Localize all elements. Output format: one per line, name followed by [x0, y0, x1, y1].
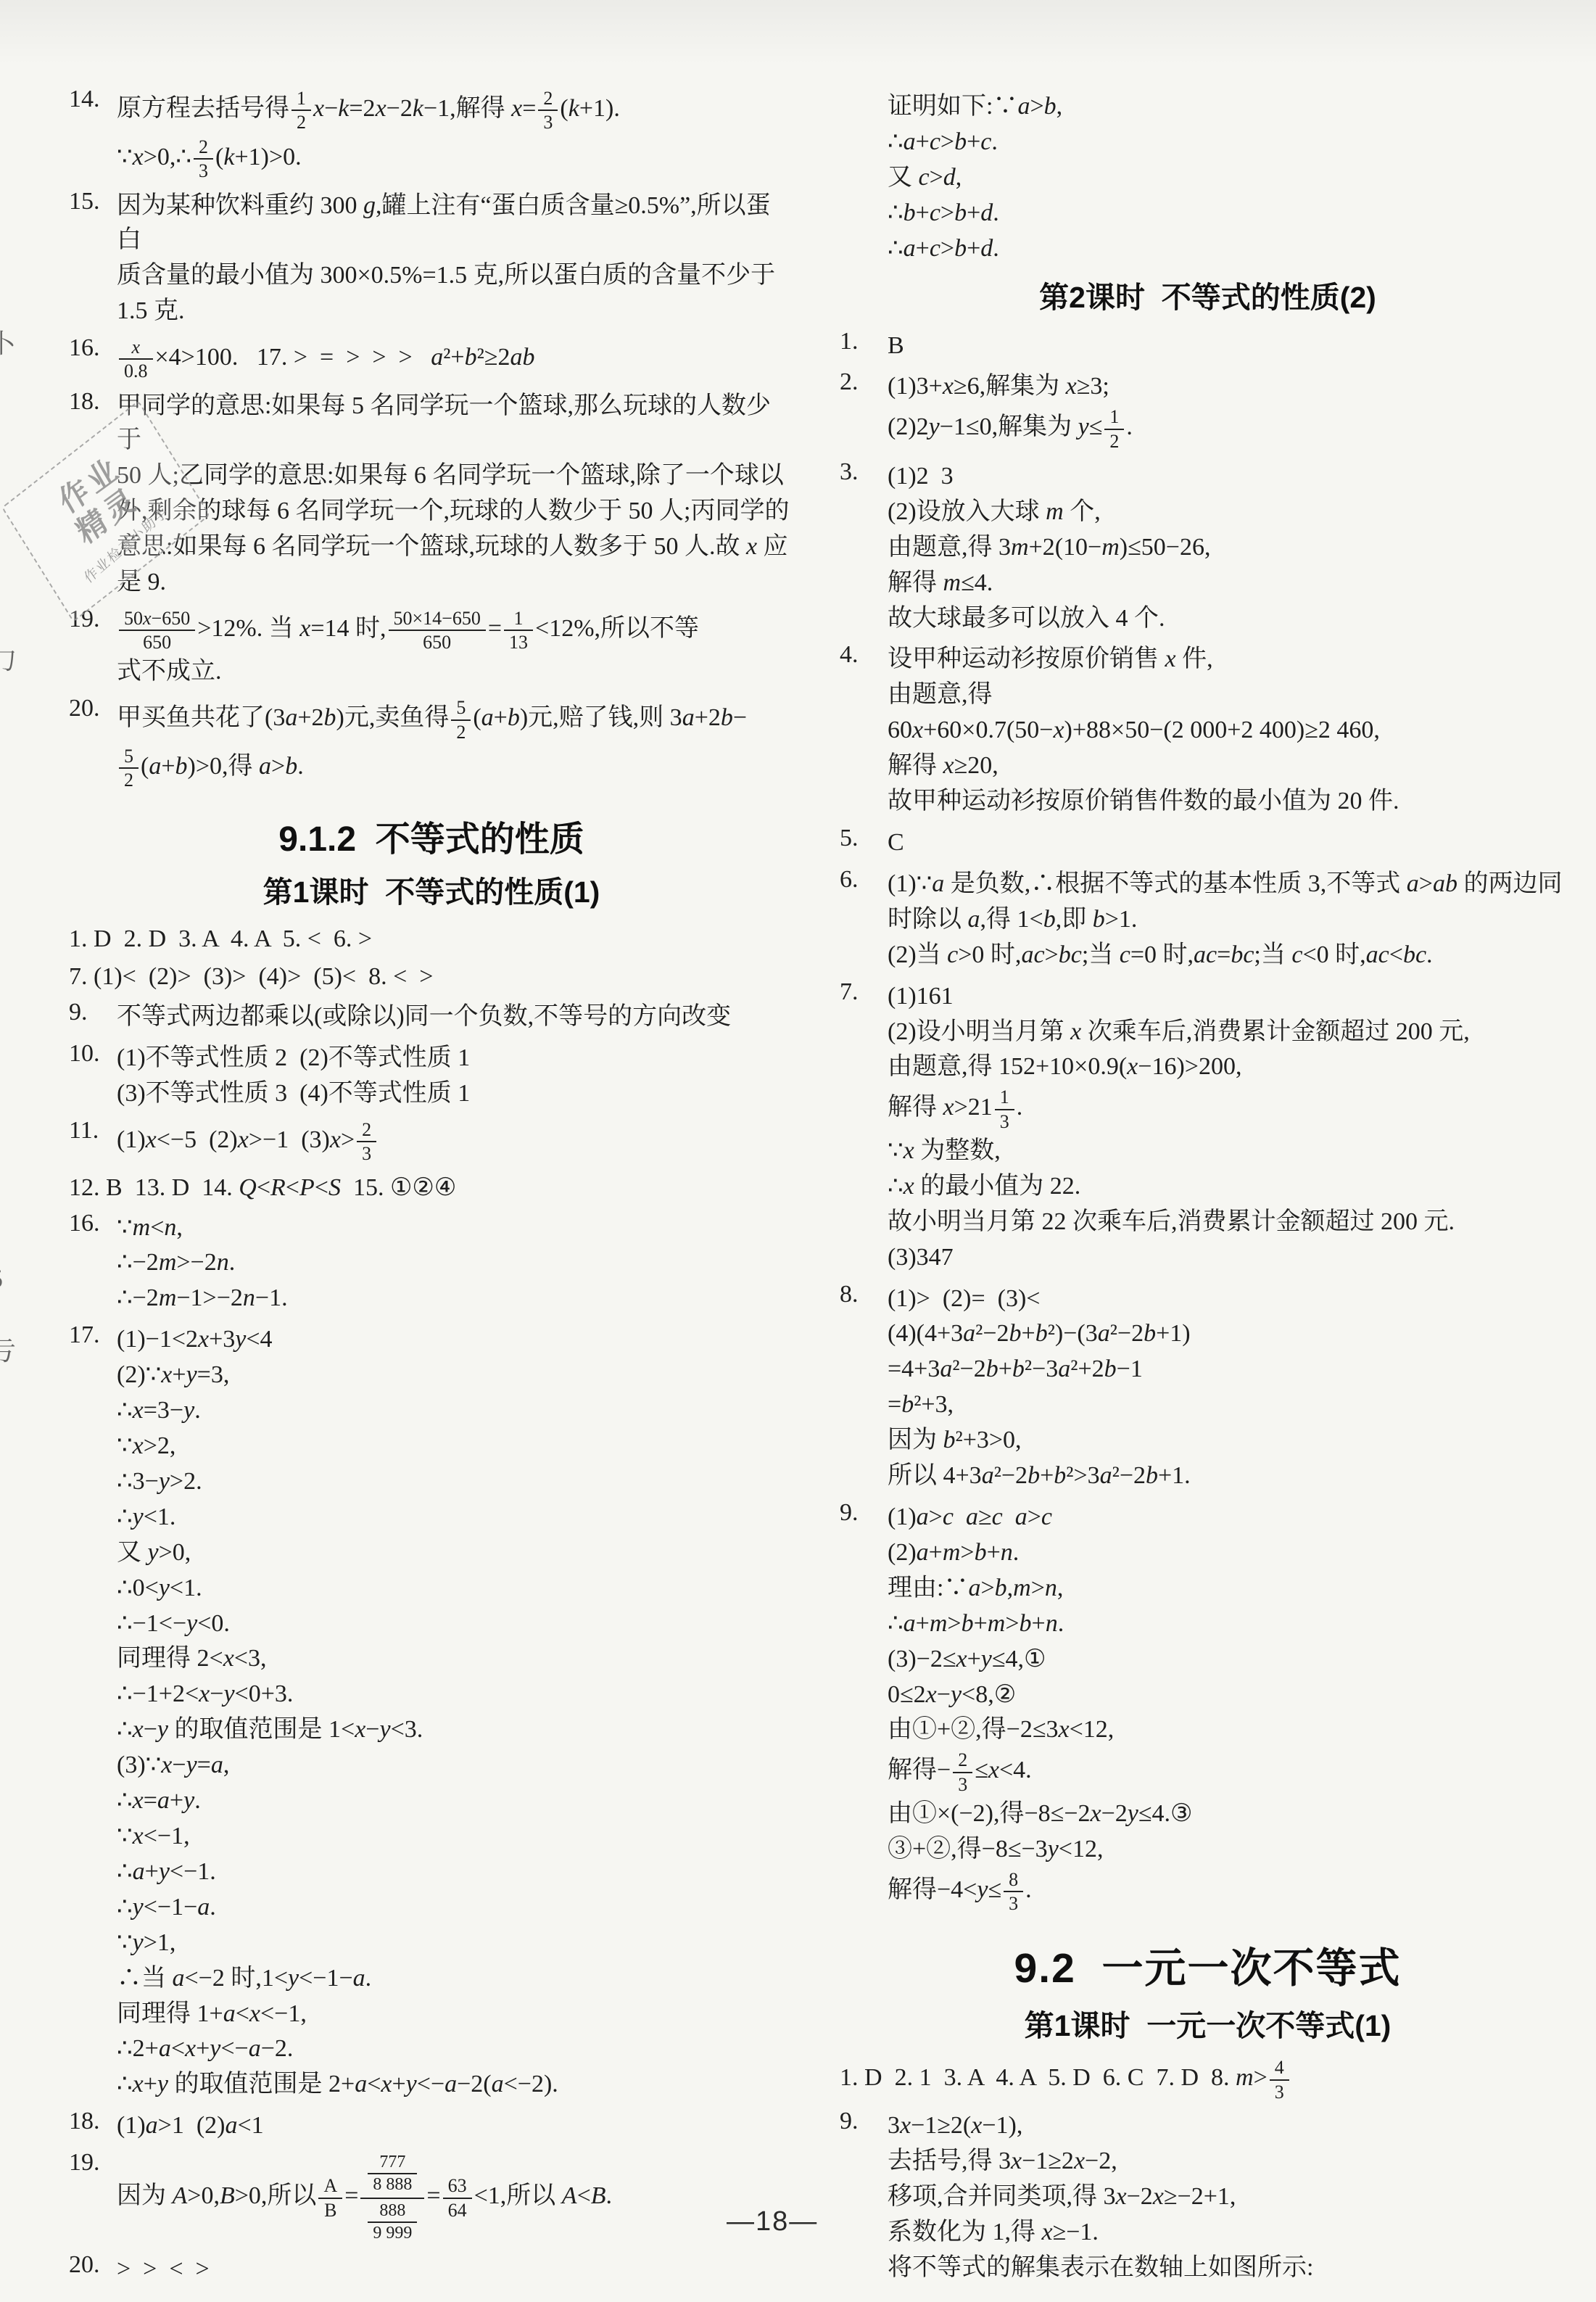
math-variable: x	[133, 1716, 144, 1743]
math-variable: n	[164, 1214, 176, 1241]
math-variable: b	[1012, 1356, 1025, 1382]
answer-line: 甲同学的意思:如果每 5 名同学玩一个篮球,那么玩球的人数少于	[117, 389, 794, 458]
answer-line: 系数化为 1,得 x≥−1.	[888, 2216, 1576, 2250]
answer-item: 16.x0.8×4>100. 17. > = > > > a²+b²≥2ab	[69, 334, 794, 384]
answer-item: 8.(1)> (2)= (3)<(4)(4+3a²−2b+b²)−(3a²−2b…	[840, 1281, 1576, 1495]
answer-line: 移项,合并同类项,得 3x−2x≥−2+1,	[888, 2180, 1576, 2214]
math-variable: b	[995, 1575, 1007, 1601]
math-variable: x	[376, 95, 386, 122]
math-variable: x	[926, 1681, 937, 1708]
math-variable: x	[511, 95, 522, 122]
answer-item: 14.原方程去括号得12x−k=2x−2k−1,解得 x=23(k+1).∵x>…	[69, 86, 794, 183]
math-variable: c	[930, 128, 940, 155]
item-number: 18.	[69, 388, 117, 416]
fraction: 113	[504, 608, 533, 653]
answer-line: ∵x<−1,	[117, 1820, 794, 1854]
fraction: AB	[318, 2176, 342, 2220]
answer-item: 19.因为 A>0,B>0,所以AB=7778 8888889 999=6364…	[69, 2149, 794, 2247]
answer-line: ∵m<n,	[117, 1211, 794, 1245]
answer-line: 0≤2x−y<8,②	[888, 1678, 1576, 1712]
answer-line: =4+3a²−2b+b²−3a²+2b−1	[888, 1353, 1576, 1387]
answer-item: 19.50x−650650>12%. 当 x=14 时,50×14−650650…	[69, 606, 794, 691]
math-variable: y	[288, 1965, 299, 1992]
math-variable: a	[682, 704, 695, 731]
item-number: 16.	[69, 1210, 117, 1237]
item-number: 17.	[69, 1321, 117, 1349]
item-number: 18.	[69, 2108, 117, 2135]
math-variable: x	[299, 615, 310, 642]
answer-item: 9.(1)a>c a≥c a>c(2)a+m>b+n.理由:∵a>b,m>n,∴…	[840, 1499, 1576, 1916]
math-variable: x	[131, 337, 140, 358]
math-variable: x	[161, 1752, 172, 1778]
math-variable: x	[1066, 373, 1077, 400]
answer-line: 时除以 a,得 1<b,即 b>1.	[888, 903, 1576, 937]
answer-line: ∴−1<−y<0.	[117, 1607, 794, 1641]
answer-line: 又 c>d,	[888, 161, 1576, 195]
math-variable: b	[1146, 1462, 1158, 1489]
math-variable: x	[249, 2000, 260, 2027]
answer-line: 所以 4+3a²−2b+b²>3a²−2b+1.	[888, 1459, 1576, 1493]
math-variable: x	[1091, 1800, 1101, 1827]
answer-row: 7. (1)< (2)> (3)> (4)> (5)< 8. < >	[69, 960, 794, 994]
math-variable: y	[133, 1929, 144, 1956]
fraction: 23	[538, 88, 558, 133]
math-variable: n	[1001, 1539, 1013, 1566]
answer-row: 1. D 2. D 3. A 4. A 5. < 6. >	[69, 923, 794, 957]
math-variable: x	[143, 608, 152, 629]
answer-line: 理由:∵a>b,m>n,	[888, 1572, 1576, 1606]
continued-solution: 证明如下:∵a>b,∴a+c>b+c.又 c>d,∴b+c>b+d.∴a+c>b…	[840, 90, 1576, 266]
answer-line: ∴x=3−y.	[117, 1394, 794, 1428]
math-variable: b	[1104, 1356, 1117, 1382]
answer-line: 因为 b²+3>0,	[888, 1424, 1576, 1458]
math-variable: x	[133, 2071, 144, 2097]
answer-line: (2)∵x+y=3,	[117, 1358, 794, 1393]
answer-item: 20.甲买鱼共花了(3a+2b)元,卖鱼得52(a+b)元,赔了钱,则 3a+2…	[69, 695, 794, 793]
math-variable: ab	[510, 344, 534, 371]
answer-line: ∴0<y<1.	[117, 1572, 794, 1606]
answer-line: 去括号,得 3x−1≥2x−2,	[888, 2145, 1576, 2179]
math-variable: a	[917, 1539, 929, 1566]
math-variable: b	[285, 753, 297, 780]
math-variable: b	[1028, 1462, 1040, 1489]
answer-line: ∴b+c>b+d.	[888, 197, 1576, 231]
math-variable: g	[363, 192, 376, 219]
math-variable: a	[1100, 1462, 1112, 1489]
answer-line: 1. D 2. D 3. A 4. A 5. < 6. >	[69, 923, 794, 957]
answer-line: ③+②,得−8≤−3y<12,	[888, 1833, 1576, 1867]
math-variable: d	[943, 164, 956, 191]
answer-line: 由题意,得	[888, 678, 1576, 712]
math-variable: y	[223, 1680, 234, 1707]
answer-line: ∴y<−1−a.	[117, 1891, 794, 1925]
answer-line: x0.8×4>100. 17. > = > > > a²+b²≥2ab	[117, 336, 794, 383]
math-variable: n	[243, 1284, 255, 1311]
answer-line: ∴x=a+y.	[117, 1784, 794, 1818]
math-variable: y	[157, 2071, 168, 2097]
math-variable: b	[904, 199, 916, 226]
answer-line: > > < >	[117, 2253, 794, 2287]
math-variable: k	[568, 95, 579, 122]
item-number: 11.	[69, 1117, 117, 1144]
answer-line: 解得 m≤4.	[888, 566, 1576, 601]
math-variable: a	[940, 1356, 952, 1382]
math-variable: x	[198, 1326, 209, 1353]
answer-line: ∵x>0,∴23(k+1)>0.	[117, 136, 794, 183]
answer-line: 原方程去括号得12x−k=2x−2k−1,解得 x=23(k+1).	[117, 87, 794, 134]
math-variable: c	[919, 164, 930, 191]
item-number: 10.	[69, 1040, 117, 1068]
answer-line: 故大球最多可以放入 4 个.	[888, 602, 1576, 636]
math-variable: b	[954, 235, 967, 262]
fraction: 7778 888	[368, 2153, 417, 2194]
answer-line: 同理得 2<x<3,	[117, 1642, 794, 1676]
answer-line: 故小明当月第 22 次乘车后,消费累计金额超过 200 元.	[888, 1205, 1576, 1239]
item-number: 4.	[840, 641, 888, 669]
math-variable: y	[929, 413, 940, 440]
item-number: 7.	[840, 978, 888, 1006]
math-variable: bc	[1231, 941, 1254, 968]
answer-line: ∴y<1.	[117, 1501, 794, 1535]
item-number: 19.	[69, 2149, 117, 2177]
item-number: 8.	[840, 1281, 888, 1308]
math-variable: b	[954, 128, 967, 155]
answer-line: 意思:如果每 6 名同学玩一个篮球,玩球的人数多于 50 人.故 x 应	[117, 530, 794, 564]
answer-line: ∴a+c>b+d.	[888, 232, 1576, 266]
section-heading: 9.1.2 不等式的性质	[69, 811, 794, 861]
math-variable: a	[211, 1752, 223, 1778]
answer-line: (1)a>c a≥c a>c	[888, 1501, 1576, 1535]
item-number: 2.	[840, 368, 888, 396]
math-variable: b	[962, 1610, 974, 1637]
math-variable: x	[313, 95, 324, 122]
answer-line: 1.5 克.	[117, 294, 794, 329]
item-number: 6.	[840, 866, 888, 894]
math-variable: n	[217, 1249, 229, 1276]
math-variable: a	[159, 2035, 171, 2062]
math-variable: a	[1098, 1320, 1110, 1347]
math-variable: ac	[1021, 941, 1044, 968]
math-variable: d	[980, 235, 993, 262]
math-variable: b	[1054, 1462, 1066, 1489]
math-variable: a	[904, 1610, 916, 1637]
math-variable: x	[1059, 1716, 1070, 1743]
math-variable: x	[133, 1787, 144, 1814]
math-variable: k	[223, 144, 234, 170]
math-variable: y	[951, 1681, 962, 1708]
math-variable: a	[353, 1965, 365, 1992]
math-variable: x	[330, 1126, 341, 1153]
math-variable: a	[982, 1462, 994, 1489]
math-variable: a	[1407, 870, 1419, 897]
fraction: 12	[292, 88, 311, 133]
answer-line: ∴−1+2<x−y<0+3.	[117, 1678, 794, 1712]
math-variable: x	[238, 1126, 249, 1153]
math-variable: x	[943, 752, 954, 779]
math-variable: x	[1127, 1053, 1138, 1080]
math-variable: R	[270, 1174, 286, 1201]
math-variable: b	[901, 1391, 914, 1418]
answer-line: =b²+3,	[888, 1388, 1576, 1422]
fraction: 52	[119, 746, 138, 791]
item-number: 15.	[69, 188, 117, 215]
math-variable: x	[956, 1646, 967, 1672]
answer-line: (1)不等式性质 2 (2)不等式性质 1	[117, 1041, 794, 1076]
math-variable: ab	[1433, 870, 1458, 897]
math-variable: a	[157, 1787, 170, 1814]
math-variable: y	[1078, 413, 1089, 440]
math-variable: a	[904, 235, 916, 262]
answer-line: ∴a+y<−1.	[117, 1855, 794, 1889]
math-variable: a	[932, 870, 944, 897]
math-variable: y	[159, 1858, 170, 1885]
math-variable: x	[1011, 2148, 1022, 2174]
math-variable: x	[355, 1716, 365, 1743]
math-variable: b	[1044, 93, 1057, 120]
math-variable: b	[1144, 1320, 1156, 1347]
answer-line: 由①+②,得−2≤3x<12,	[888, 1713, 1576, 1747]
answer-line: (1)∵a 是负数,∴根据不等式的基本性质 3,不等式 a>ab 的两边同	[888, 867, 1576, 902]
math-variable: a	[133, 1858, 145, 1885]
answer-line: C	[888, 826, 1576, 860]
math-variable: x	[900, 2112, 911, 2139]
answer-line: 52(a+b)>0,得 a>b.	[117, 745, 794, 792]
math-variable: x	[1074, 2148, 1085, 2174]
section-heading: 9.2 一元一次不等式	[840, 1935, 1576, 1994]
math-variable: x	[199, 1680, 210, 1707]
section-heading: 第1课时 一元一次不等式(1)	[840, 2002, 1576, 2045]
math-variable: a	[149, 753, 161, 780]
math-variable: a	[445, 2071, 457, 2097]
answer-line: 又 y>0,	[117, 1536, 794, 1570]
answer-line: (1)161	[888, 980, 1576, 1014]
math-variable: x	[185, 2035, 196, 2062]
answer-line: ∴3−y>2.	[117, 1465, 794, 1499]
math-variable: x	[912, 717, 923, 743]
math-variable: c	[1291, 941, 1302, 968]
math-variable: y	[1048, 1836, 1059, 1862]
math-variable: a	[431, 344, 443, 371]
math-variable: x	[133, 144, 144, 170]
answer-line: (2)设小明当月第 x 次乘车后,消费累计金额超过 200 元,	[888, 1015, 1576, 1049]
answer-item: 5.C	[840, 825, 1576, 862]
answer-line: ∵x 为整数,	[888, 1134, 1576, 1168]
answer-item: 3.(1)2 3(2)设放入大球 m 个,由题意,得 3m+2(10−m)≤50…	[840, 458, 1576, 638]
math-variable: y	[235, 1326, 246, 1353]
math-variable: m	[133, 1214, 151, 1241]
answer-line: 由①×(−2),得−8≤−2x−2y≤4.③	[888, 1797, 1576, 1831]
answer-line: 12. B 13. D 14. Q<R<P<S 15. ①②④	[69, 1171, 794, 1205]
math-variable: b	[975, 1539, 987, 1566]
item-number: 20.	[69, 695, 117, 722]
math-variable: b	[508, 704, 520, 731]
fraction: 50×14−650650	[389, 608, 486, 653]
math-variable: m	[1046, 498, 1064, 525]
math-variable: x	[971, 2112, 982, 2139]
answer-line: ∴x−y 的取值范围是 1<x−y<3.	[117, 1713, 794, 1747]
answer-line: 设甲种运动衫按原价销售 x 件,	[888, 643, 1576, 677]
answer-line: (1)a>1 (2)a<1	[117, 2109, 794, 2143]
fraction: 7778 8888889 999	[360, 2152, 424, 2244]
answer-item: 4.设甲种运动衫按原价销售 x 件,由题意,得60x+60×0.7(50−x)+…	[840, 641, 1576, 820]
math-variable: y	[148, 1539, 159, 1566]
answer-line: (1)> (2)= (3)<	[888, 1282, 1576, 1316]
math-variable: d	[980, 199, 993, 226]
math-variable: y	[133, 1894, 144, 1921]
answer-item: 9.3x−1≥2(x−1),去括号,得 3x−1≥2x−2,移项,合并同类项,得…	[840, 2108, 1576, 2287]
math-variable: x	[1153, 2183, 1164, 2210]
math-variable: c	[930, 199, 940, 226]
math-variable: m	[943, 569, 962, 596]
fraction: 83	[1004, 1870, 1023, 1914]
item-number: 3.	[840, 458, 888, 486]
answer-line: (3)347	[888, 1241, 1576, 1275]
math-variable: B	[591, 2182, 606, 2209]
math-variable: a	[173, 1965, 185, 1992]
answer-line: 外,剩余的球每 6 名同学玩一个,玩球的人数少于 50 人;丙同学的	[117, 495, 794, 529]
math-variable: b	[324, 704, 336, 731]
fraction: 13	[995, 1087, 1014, 1131]
math-variable: y	[981, 1646, 992, 1672]
answer-item: 2.(1)3+x≥6,解集为 x≥3;(2)2y−1≤0,解集为 y≤12.	[840, 368, 1576, 454]
fraction: 6364	[443, 2176, 472, 2220]
math-variable: y	[186, 1361, 197, 1388]
section-heading: 第1课时 不等式的性质(1)	[69, 868, 794, 911]
answer-item: 20.> > < >	[69, 2251, 794, 2288]
answer-line: 3x−1≥2(x−1),	[888, 2109, 1576, 2143]
section-heading: 第2课时 不等式的性质(2)	[840, 273, 1576, 316]
answer-line: (1)3+x≥6,解集为 x≥3;	[888, 370, 1576, 404]
answer-line: 由题意,得 3m+2(10−m)≤50−26,	[888, 531, 1576, 565]
answer-line: 60x+60×0.7(50−x)+88×50−(2 000+2 400)≥2 4…	[888, 714, 1576, 748]
answer-item: 16.∵m<n,∴−2m>−2n.∴−2m−1>−2n−1.	[69, 1210, 794, 1318]
math-variable: x	[904, 1173, 914, 1200]
answer-line: 不等式两边都乘以(或除以)同一个负数,不等号的方向改变	[117, 1000, 794, 1034]
math-variable: x	[146, 1126, 157, 1153]
math-variable: b	[1020, 1610, 1032, 1637]
math-variable: x	[381, 2071, 392, 2097]
item-number: 5.	[840, 825, 888, 852]
answer-line: ∴x+y 的取值范围是 2+a<x+y<−a−2(a<−2).	[117, 2068, 794, 2102]
math-variable: a	[963, 1320, 975, 1347]
math-variable: x	[1116, 2183, 1127, 2210]
fraction: x0.8	[119, 337, 153, 381]
math-variable: y	[157, 1716, 168, 1743]
answer-line: (2)当 c>0 时,ac>bc;当 c=0 时,ac=bc;当 c<0 时,a…	[888, 938, 1576, 973]
answer-line: 因为某种饮料重约 300 g,罐上注有“蛋白质含量≥0.5%”,所以蛋白	[117, 189, 794, 257]
item-number: 16.	[69, 334, 117, 362]
math-variable: a	[968, 1575, 980, 1601]
answer-row: 12. B 13. D 14. Q<R<P<S 15. ①②④	[69, 1171, 794, 1205]
math-variable: x	[1165, 645, 1176, 672]
math-variable: c	[1041, 1503, 1052, 1530]
answer-item: 17.(1)−1<2x+3y<4(2)∵x+y=3,∴x=3−y.∵x>2,∴3…	[69, 1321, 794, 2103]
answer-line: 解得−23≤x<4.	[888, 1749, 1576, 1796]
math-variable: y	[210, 2035, 220, 2062]
math-variable: a	[492, 2071, 504, 2097]
math-variable: c	[930, 235, 940, 262]
answer-line: 甲买鱼共花了(3a+2b)元,卖鱼得52(a+b)元,赔了钱,则 3a+2b−	[117, 696, 794, 743]
math-variable: y	[159, 1468, 170, 1495]
answer-item: 18.(1)a>1 (2)a<1	[69, 2108, 794, 2145]
answer-book-page: 14.原方程去括号得12x−k=2x−2k−1,解得 x=23(k+1).∵x>…	[0, 0, 1596, 2302]
math-variable: y	[406, 2071, 417, 2097]
answer-line: 解得 x>2113.	[888, 1086, 1576, 1133]
answer-line: ∴−2m>−2n.	[117, 1246, 794, 1280]
math-variable: x	[133, 1432, 144, 1459]
math-variable: a	[259, 753, 271, 780]
math-variable: a	[225, 2112, 237, 2139]
answer-line: (1)2 3	[888, 460, 1576, 494]
answer-item: 6.(1)∵a 是负数,∴根据不等式的基本性质 3,不等式 a>ab 的两边同时…	[840, 866, 1576, 974]
answer-line: 质含量的最小值为 300×0.5%=1.5 克,所以蛋白质的含量不少于	[117, 259, 794, 293]
math-variable: b	[986, 1356, 998, 1382]
math-variable: m	[1013, 1575, 1031, 1601]
answer-line: 由题意,得 152+10×0.9(x−16)>200,	[888, 1050, 1576, 1084]
fraction: 23	[357, 1120, 376, 1164]
item-number: 9.	[69, 999, 117, 1026]
answer-line: ∵y>1,	[117, 1926, 794, 1960]
answer-line: (4)(4+3a²−2b+b²)−(3a²−2b+1)	[888, 1317, 1576, 1351]
math-variable: m	[943, 1539, 961, 1566]
math-variable: y	[186, 1752, 197, 1778]
answer-line: ∴a+c>b+c.	[888, 125, 1576, 160]
math-variable: x	[1053, 717, 1064, 743]
math-variable: c	[980, 128, 991, 155]
math-variable: x	[746, 533, 757, 560]
answer-line: 将不等式的解集表示在数轴上如图所示:	[888, 2251, 1576, 2285]
math-variable: a	[1015, 1503, 1028, 1530]
answer-row: 1. D 2. 1 3. A 4. A 5. D 6. C 7. D 8. m>…	[840, 2056, 1576, 2103]
math-variable: b	[954, 199, 967, 226]
page-number: —18—	[727, 2206, 818, 2237]
answer-line: (3)不等式性质 3 (4)不等式性质 1	[117, 1077, 794, 1111]
math-variable: x	[988, 1757, 999, 1783]
fraction: 23	[194, 137, 213, 181]
answer-line: 是 9.	[117, 566, 794, 600]
fraction: 23	[953, 1750, 972, 1794]
answer-line: 7. (1)< (2)> (3)> (4)> (5)< 8. < >	[69, 960, 794, 994]
item-number: 20.	[69, 2251, 117, 2279]
math-variable: a	[966, 1503, 978, 1530]
math-variable: b	[1093, 906, 1105, 933]
answer-line: (2)a+m>b+n.	[888, 1536, 1576, 1570]
math-variable: n	[1045, 1575, 1057, 1601]
math-variable: a	[917, 1503, 929, 1530]
math-variable: c	[992, 1503, 1003, 1530]
answer-line: (1)x<−5 (2)x>−1 (3)x>23	[117, 1118, 794, 1166]
edge-artifact-glyph: 卜	[0, 323, 22, 360]
fraction: 43	[1270, 2058, 1289, 2102]
math-variable: a	[481, 704, 494, 731]
math-variable: c	[947, 941, 958, 968]
answer-line: ∴当 a<−2 时,1<y<−1−a.	[117, 1962, 794, 1996]
math-variable: y	[159, 1575, 170, 1601]
item-number: 1.	[840, 328, 888, 355]
answer-line: 式不成立.	[117, 655, 794, 689]
math-variable: a	[146, 2112, 158, 2139]
math-variable: a	[197, 1894, 210, 1921]
math-variable: a	[223, 2000, 236, 2027]
answer-item: 10.(1)不等式性质 2 (2)不等式性质 1(3)不等式性质 3 (4)不等…	[69, 1040, 794, 1113]
answer-line: (2)2y−1≤0,解集为 y≤12.	[888, 405, 1576, 453]
answer-line: 因为 A>0,B>0,所以AB=7778 8888889 999=6364<1,…	[117, 2150, 794, 2245]
math-variable: b	[175, 753, 188, 780]
math-variable: a	[249, 2035, 261, 2062]
math-variable: y	[1128, 1800, 1138, 1827]
fraction: 8889 999	[368, 2202, 417, 2243]
math-variable: a	[1017, 93, 1030, 120]
